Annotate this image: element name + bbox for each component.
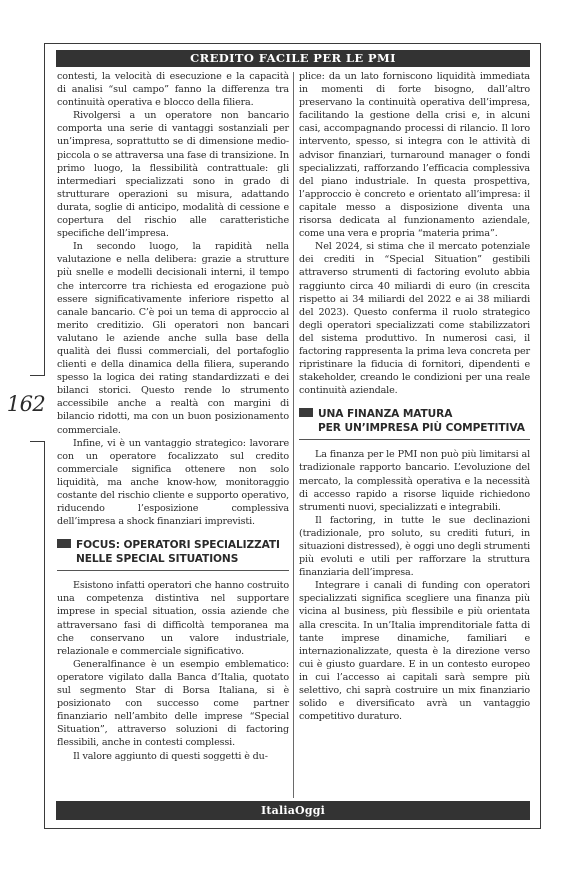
publication-footer-bar: ItaliaOggi	[56, 801, 530, 820]
subheading-line-2: PER UN’IMPRESA PIÙ COMPETITIVA	[299, 422, 530, 436]
frame-left-border-lower	[44, 441, 45, 829]
subheading-line-1: FOCUS: OPERATORI SPECIALIZZATI	[76, 539, 280, 551]
square-bullet-icon	[299, 408, 313, 417]
paragraph: plice: da un lato forniscono liquidità i…	[299, 70, 530, 240]
paragraph: Rivolgersi a un operatore non bancario c…	[57, 109, 289, 240]
paragraph: Il factoring, in tutte le sue declinazio…	[299, 514, 530, 579]
subheading-focus: FOCUS: OPERATORI SPECIALIZZATI NELLE SPE…	[57, 539, 289, 571]
square-bullet-icon	[57, 539, 71, 548]
column-divider	[293, 72, 294, 798]
page-number-bracket-top	[30, 375, 45, 376]
page-number-bracket-bottom	[30, 441, 45, 442]
section-title: CREDITO FACILE PER LE PMI	[190, 51, 396, 65]
subheading-line-1: UNA FINANZA MATURA	[318, 408, 452, 420]
article-column-right: plice: da un lato forniscono liquidità i…	[299, 70, 530, 723]
subheading-line-2: NELLE SPECIAL SITUATIONS	[57, 553, 289, 567]
section-title-bar: CREDITO FACILE PER LE PMI	[56, 50, 530, 67]
paragraph: Nel 2024, si stima che il mercato potenz…	[299, 240, 530, 397]
subheading-finanza-matura: UNA FINANZA MATURA PER UN’IMPRESA PIÙ CO…	[299, 408, 530, 440]
paragraph: contesti, la velocità di esecuzione e la…	[57, 70, 289, 109]
paragraph: Generalfinance è un esempio emblematico:…	[57, 658, 289, 750]
frame-left-border-upper	[44, 43, 45, 376]
article-column-left: contesti, la velocità di esecuzione e la…	[57, 70, 289, 763]
paragraph: In secondo luogo, la rapidità nella valu…	[57, 240, 289, 436]
frame-top-border	[44, 43, 541, 44]
frame-bottom-border	[44, 828, 541, 829]
page-number: 162	[6, 392, 46, 416]
paragraph: Infine, vi è un vantaggio strategico: la…	[57, 437, 289, 529]
paragraph: Esistono infatti operatori che hanno cos…	[57, 579, 289, 658]
paragraph: La finanza per le PMI non può più limita…	[299, 448, 530, 513]
frame-right-border	[540, 43, 541, 829]
paragraph: Il valore aggiunto di questi soggetti è …	[57, 750, 289, 763]
publication-logo: ItaliaOggi	[261, 804, 325, 817]
paragraph: Integrare i canali di funding con operat…	[299, 579, 530, 723]
